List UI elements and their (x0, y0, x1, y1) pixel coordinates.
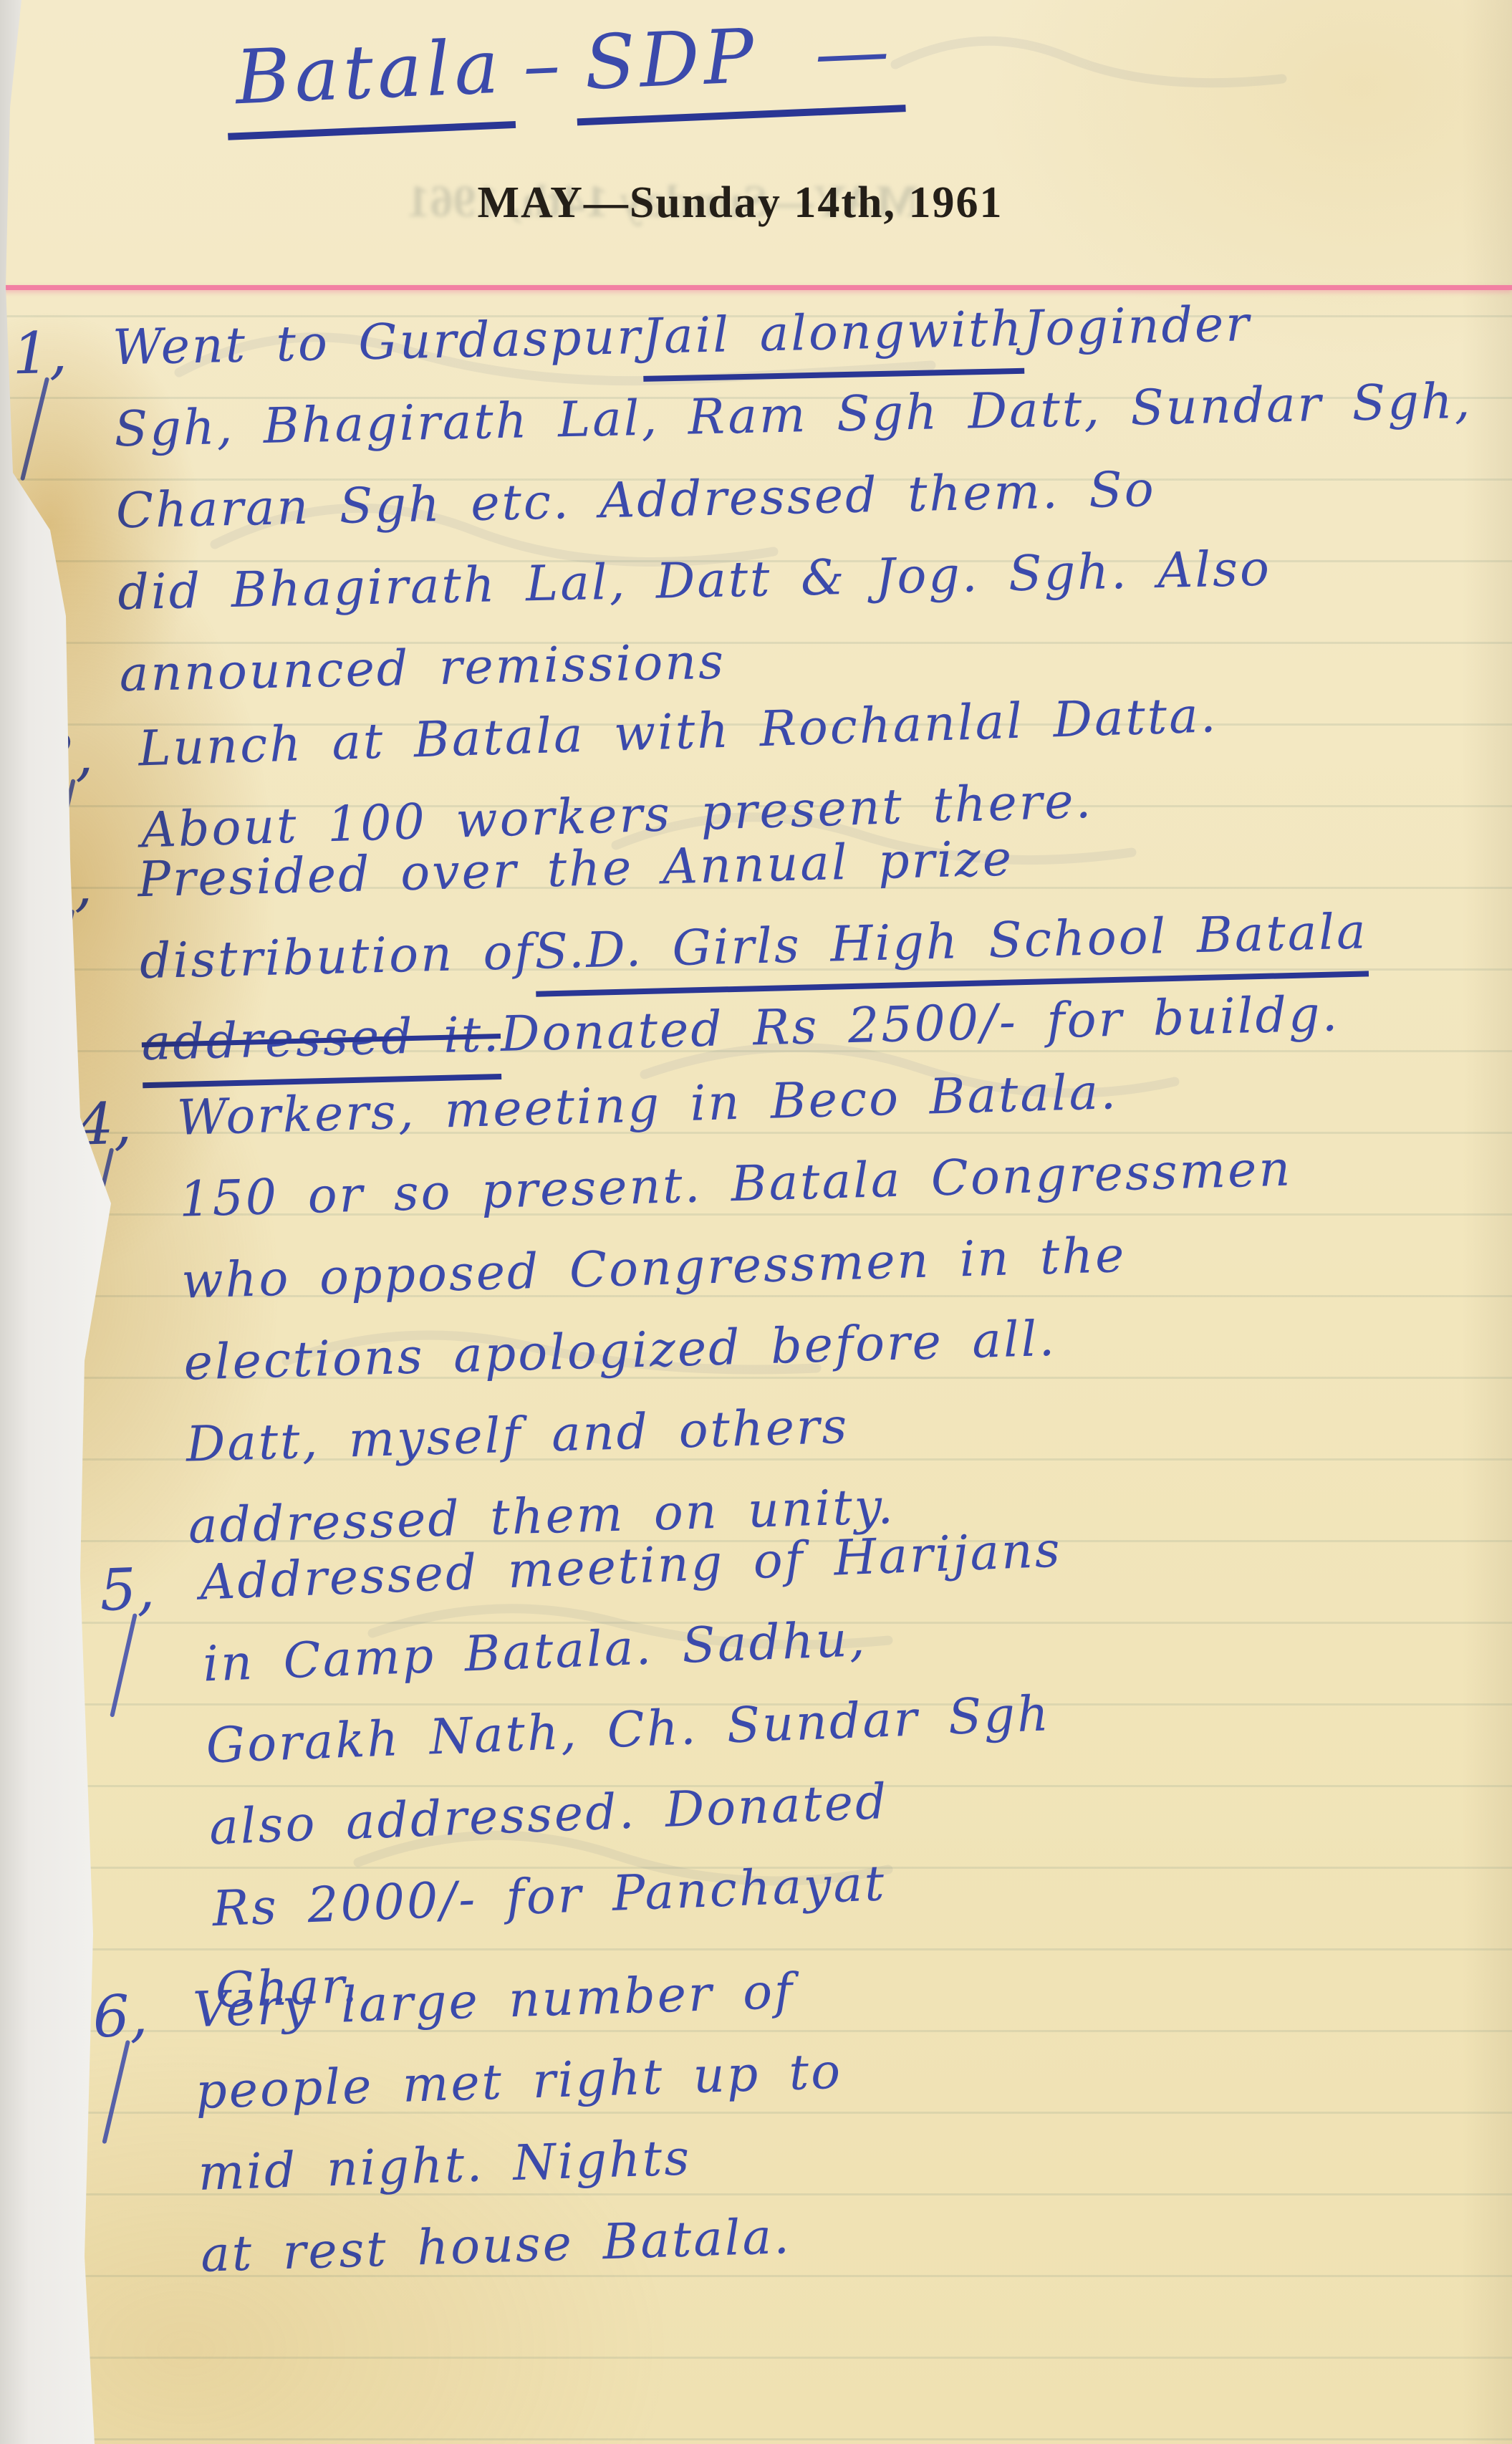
entry-text: Addressed meeting of Harijansin Camp Bat… (198, 1514, 1079, 2037)
diary-entry: 1,Went to Gurdaspur Jail alongwith Jogin… (11, 284, 1478, 723)
entry-number: 5, (98, 1548, 201, 1630)
handwritten-text: Went to Gurdaspur (112, 302, 643, 384)
entry-number: 6, (92, 1975, 194, 2056)
entry-text: Went to Gurdaspur Jail alongwith Joginde… (112, 284, 1478, 721)
handwritten-text: mid night. Nights (197, 2122, 692, 2210)
scanned-diary-page: MAY—Sunday 14th, 1961 Batala – SDP — MAY… (0, 0, 1512, 2444)
entry-text: Presided over the Annual prizedistributi… (137, 814, 1371, 1089)
diary-paper: MAY—Sunday 14th, 1961 Batala – SDP — MAY… (0, 0, 1512, 2444)
diary-entry: 4,Workers, meeting in Beco Batala.150 or… (76, 1052, 1303, 1575)
entry-text: Workers, meeting in Beco Batala.150 or s… (176, 1052, 1303, 1572)
handwritten-text: Jail alongwith (642, 294, 1025, 382)
entry-number: 1, (11, 312, 113, 393)
diary-entry: 3,Presided over the Annual prizedistribu… (37, 814, 1371, 1092)
diary-entry: 6,Very large number ofpeople met right u… (92, 1955, 849, 2305)
entry-text: Very large number ofpeople met right up … (192, 1955, 849, 2301)
handwritten-text: distribution of (139, 917, 536, 998)
handwritten-text: Joginder (1023, 289, 1252, 365)
diary-entries: 1,Went to Gurdaspur Jail alongwith Jogin… (0, 0, 1512, 2444)
